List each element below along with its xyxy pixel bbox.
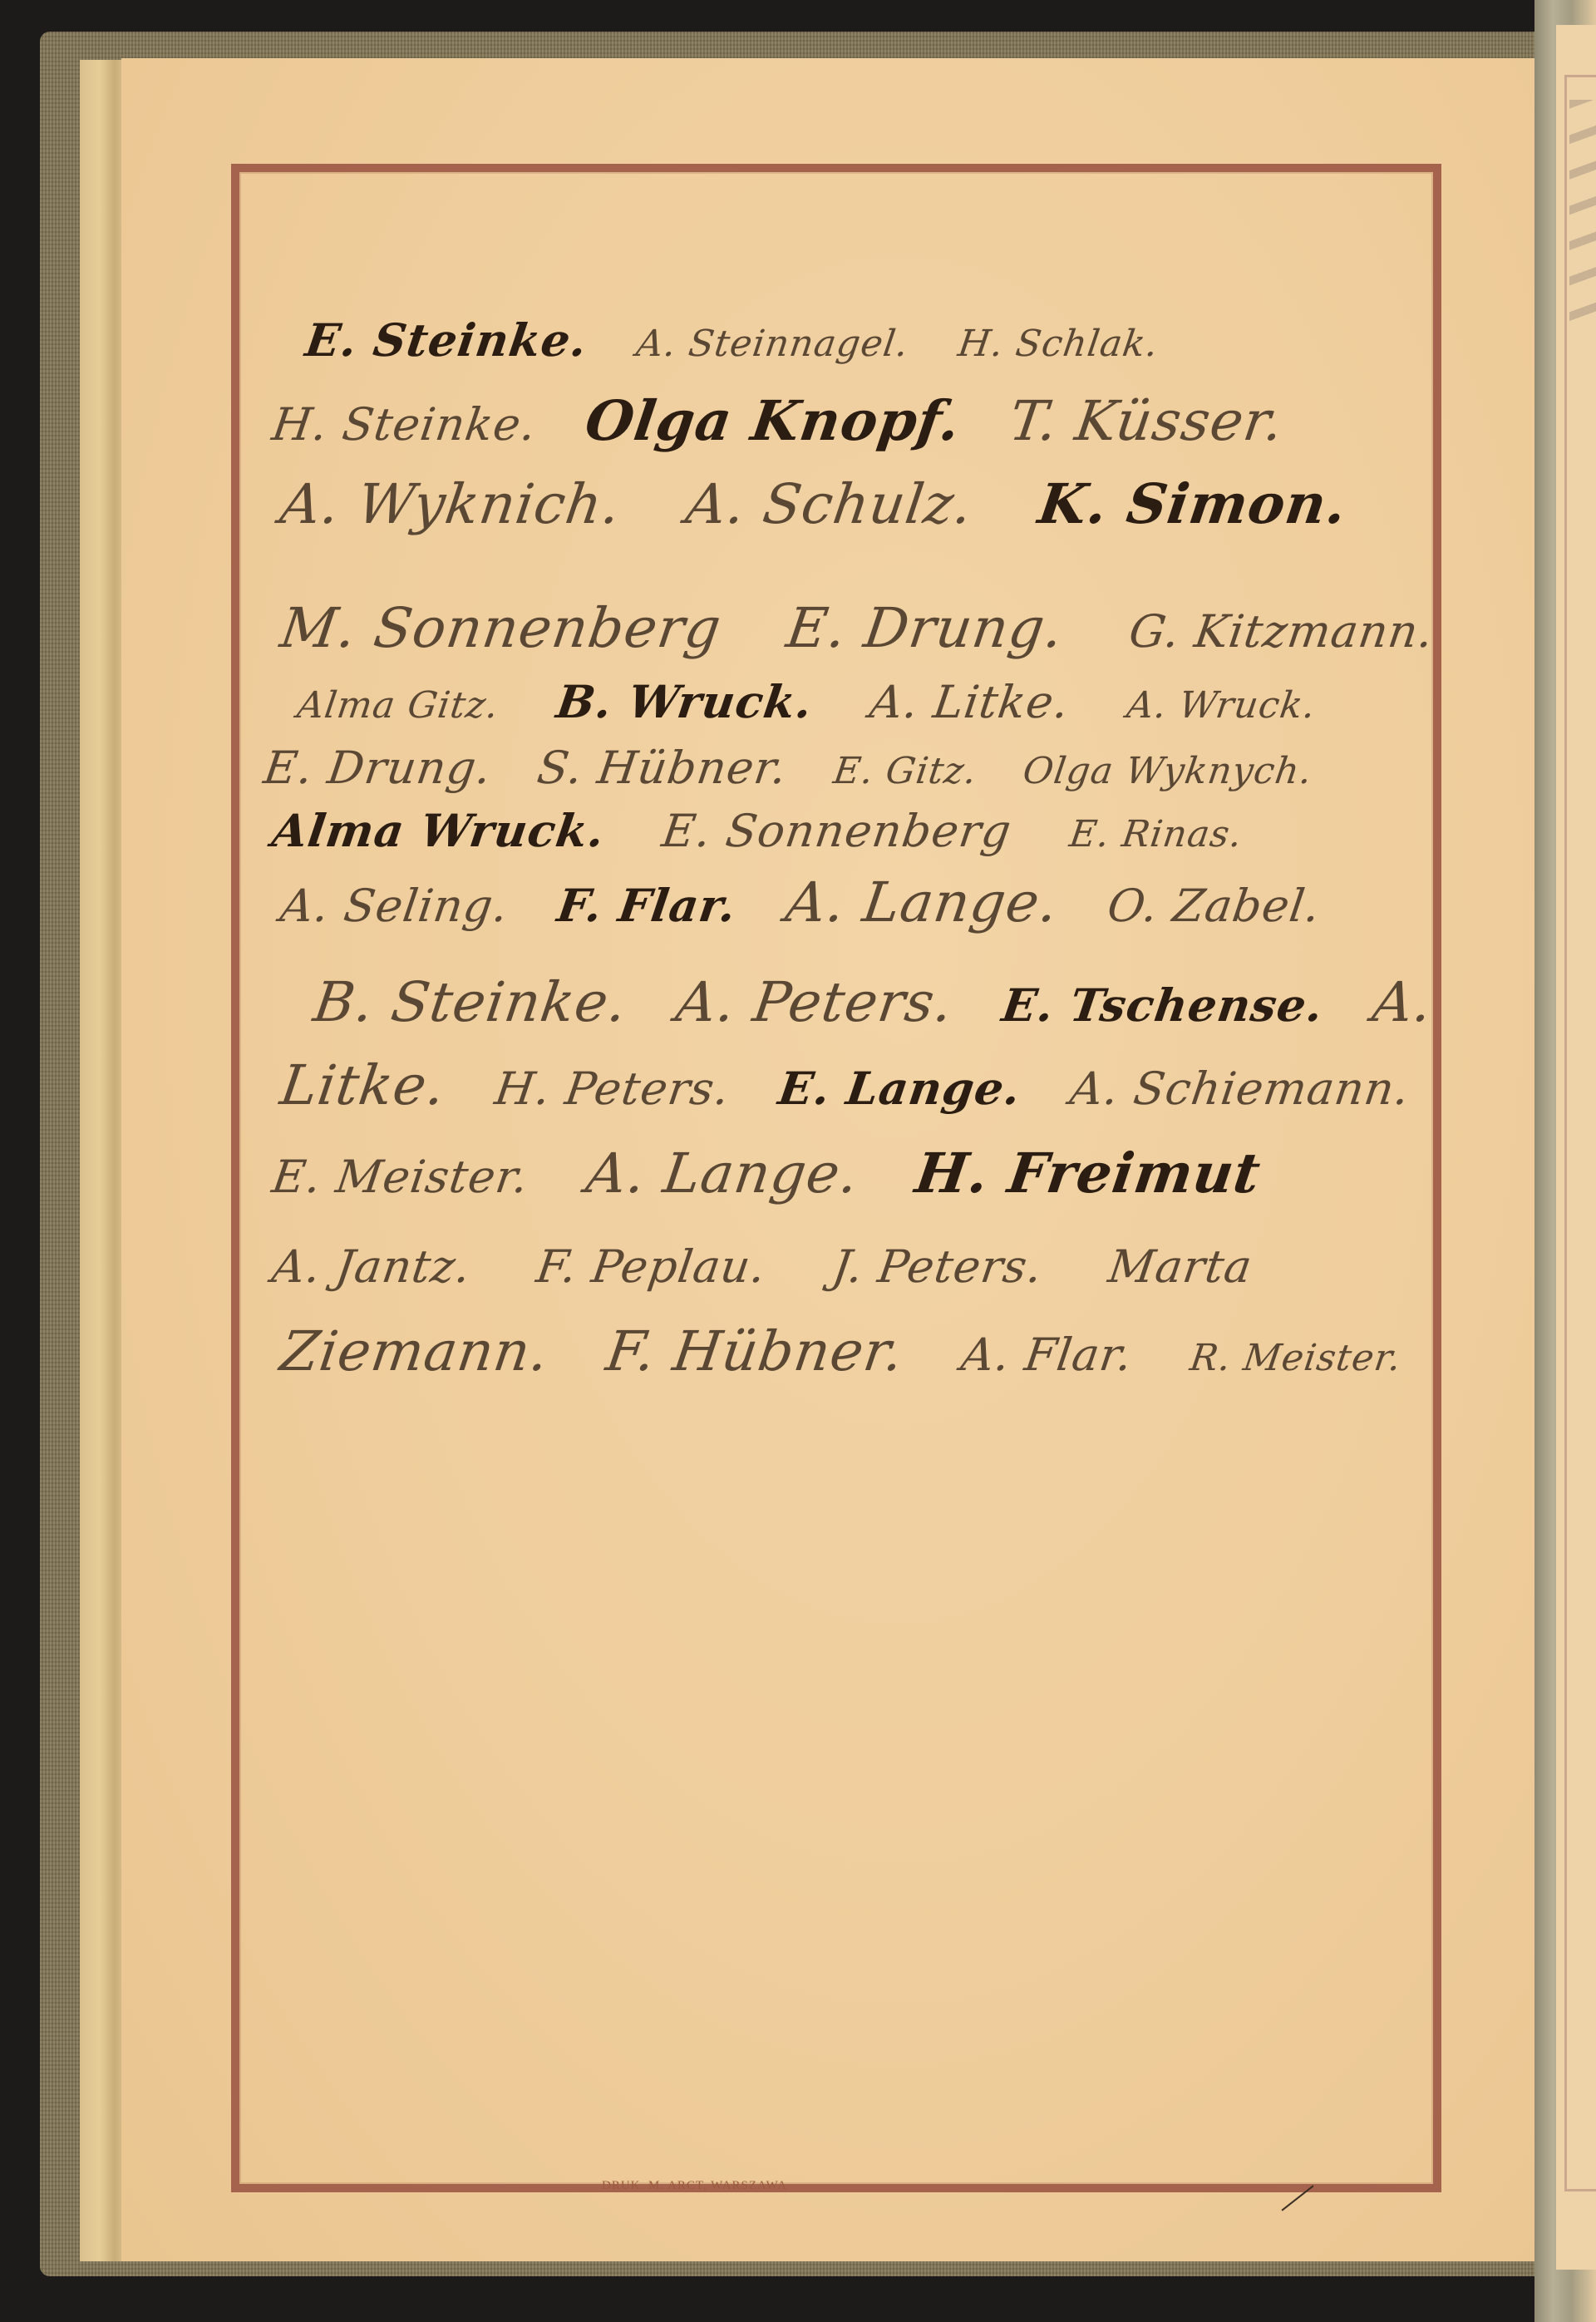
signature: Alma Wruck. bbox=[269, 804, 608, 857]
signature: E. Drung. bbox=[783, 596, 1068, 660]
signature: M. Sonnenberg bbox=[277, 596, 726, 660]
signature: E. Lange. bbox=[776, 1062, 1025, 1115]
facing-page-ornament bbox=[1569, 100, 1596, 333]
signature: A. Lange. bbox=[582, 1141, 862, 1205]
signature: S. Hübner. bbox=[534, 742, 791, 794]
signature: E. Meister. bbox=[269, 1151, 533, 1203]
signature: A. Litke. bbox=[867, 676, 1073, 728]
signature: H. Steinke. bbox=[269, 398, 540, 451]
signature: E. Gitz. bbox=[830, 750, 979, 792]
signature: E. Steinke. bbox=[303, 313, 591, 367]
signature: Olga Knopf. bbox=[581, 388, 964, 453]
signature: Olga Wyknych. bbox=[1020, 750, 1315, 792]
signature: A. Peters. bbox=[672, 970, 957, 1034]
signature: E. Drung. bbox=[261, 742, 495, 794]
signature: B. Steinke. bbox=[310, 970, 632, 1034]
signature: Marta bbox=[1105, 1240, 1255, 1293]
signature: A. Steinnagel. bbox=[634, 323, 912, 365]
signature: A. Wruck. bbox=[1125, 684, 1319, 727]
signature: E. Rinas. bbox=[1066, 813, 1245, 855]
signature: E. Sonnenberg bbox=[659, 805, 1015, 857]
signature: E. Tschense. bbox=[999, 979, 1328, 1032]
document-page: E. Steinke. A. Steinnagel. H. Schlak. H.… bbox=[121, 58, 1534, 2261]
signature: A. Jantz. bbox=[269, 1240, 475, 1293]
printed-border-frame: E. Steinke. A. Steinnagel. H. Schlak. H.… bbox=[231, 164, 1441, 2192]
signature: B. Wruck. bbox=[553, 675, 815, 728]
signature: A. Seling. bbox=[278, 880, 512, 932]
signature: A. Wyknich. bbox=[277, 472, 625, 536]
signature: H. Peters. bbox=[491, 1062, 732, 1115]
signature: A. Schulz. bbox=[682, 472, 978, 536]
signature: Ziemann. bbox=[277, 1319, 554, 1383]
signature: H. Schlak. bbox=[956, 323, 1162, 365]
signature: G. Kitzmann. bbox=[1126, 605, 1437, 658]
signature: K. Simon. bbox=[1035, 471, 1352, 536]
signature: F. Flar. bbox=[554, 879, 741, 932]
facing-page-edge bbox=[1556, 25, 1596, 2270]
signature: Alma Gitz. bbox=[294, 684, 501, 727]
signature: F. Hübner. bbox=[603, 1319, 908, 1383]
signature: F. Peplau. bbox=[534, 1240, 770, 1293]
signature: H. Freimut bbox=[912, 1141, 1265, 1205]
signature: J. Peters. bbox=[829, 1240, 1046, 1293]
signature: A. Lange. bbox=[782, 870, 1062, 934]
signature: A. Flar. bbox=[958, 1329, 1135, 1381]
signature: R. Meister. bbox=[1187, 1337, 1404, 1379]
signature: Litke. bbox=[277, 1053, 450, 1117]
facing-page-frame bbox=[1564, 75, 1596, 2191]
signature: A. Schiemann. bbox=[1067, 1062, 1414, 1115]
signature: T. Küsser. bbox=[1006, 389, 1288, 453]
printer-mark: DRUK. M. ARCT, WARSZAWA bbox=[602, 2179, 787, 2193]
signature: O. Zabel. bbox=[1104, 880, 1323, 932]
signature: A. bbox=[1368, 970, 1436, 1034]
